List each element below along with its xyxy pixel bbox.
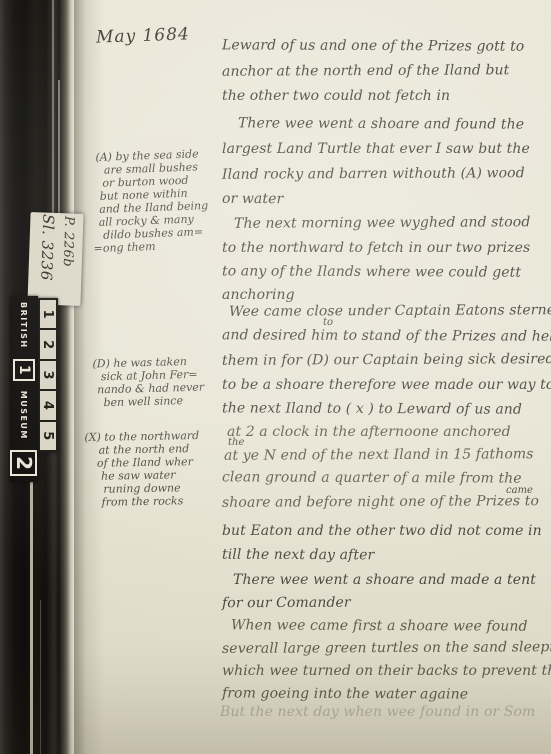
ruler-mark-1: 1 xyxy=(40,300,56,330)
body-line: the next Iland to ( x ) to Leward of us … xyxy=(222,400,522,417)
bm-number-2: 2 xyxy=(11,450,38,476)
body-line: to the northward to fetch in our two pri… xyxy=(222,240,530,256)
body-line: till the next day after xyxy=(222,547,374,564)
body-line: shoare and before night one of the Prize… xyxy=(222,493,539,511)
spine-highlight-streak xyxy=(30,452,33,754)
body-line: and desired him to stand of the Prizes a… xyxy=(222,327,551,344)
spine-highlight-streak xyxy=(58,80,60,230)
british-museum-strip: BRITISH 1 MUSEUM 2 xyxy=(10,296,38,482)
margin-note-a: (A) by the sea side are small bushes or … xyxy=(95,147,209,255)
margin-note-x: (X) to the northward at the north end of… xyxy=(84,429,200,509)
body-line: anchor at the north end of the Iland but xyxy=(222,62,509,80)
body-line: There wee went a shoare and made a tent xyxy=(233,572,536,588)
body-line: largest Land Turtle that ever I saw but … xyxy=(222,141,530,157)
ruler-mark-2: 2 xyxy=(40,330,56,360)
body-line: them in for (D) our Captain being sick d… xyxy=(222,351,551,369)
ruler-mark-3: 3 xyxy=(40,361,56,391)
body-line: the other two could not fetch in xyxy=(222,88,450,104)
body-line: severall large green turtles on the sand… xyxy=(222,639,551,657)
body-line: The next morning wee wyghed and stood xyxy=(234,214,530,232)
ruler-mark-5: 5 xyxy=(40,422,56,450)
interline-insertion: came xyxy=(506,485,533,496)
bm-number-1: 1 xyxy=(13,359,35,381)
interline-insertion: to xyxy=(323,317,333,328)
body-line: Leward of us and one of the Prizes gott … xyxy=(222,37,524,54)
body-line: to any of the Ilands where wee could get… xyxy=(222,263,521,280)
ruler-mark-4: 4 xyxy=(40,391,56,421)
spine-highlight-streak xyxy=(40,600,41,754)
shelfmark-text: Sl. 3236 xyxy=(35,214,58,299)
body-line: clean ground a quarter of a mile from th… xyxy=(222,469,522,486)
body-line: at 2 a clock in the afternoone anchored xyxy=(227,424,511,440)
date-heading: May 1684 xyxy=(96,24,190,47)
body-line: Wee came close under Captain Eatons ster… xyxy=(229,302,551,320)
scale-ruler: 1 2 3 4 5 xyxy=(38,298,58,452)
bm-word-british: BRITISH xyxy=(20,302,29,349)
body-line: but Eaton and the other two did not come… xyxy=(222,523,542,539)
margin-note-line: ben well since xyxy=(103,394,204,410)
body-line: from goeing into the water againe xyxy=(222,685,468,702)
body-line: But the next day when wee found in or So… xyxy=(220,704,535,720)
pressmark-text: P. 226b xyxy=(58,216,77,299)
body-line: or water xyxy=(222,191,283,207)
margin-note-line: of the Iland wher xyxy=(97,455,200,470)
body-line: to be a shoare therefore wee made our wa… xyxy=(222,377,551,393)
margin-note-line: from the rocks xyxy=(101,494,200,509)
bm-word-museum: MUSEUM xyxy=(20,391,29,440)
body-line: anchoring xyxy=(222,287,295,303)
margin-note-d: (D) he was taken sick at John Fer= nando… xyxy=(92,355,204,410)
body-line: for our Comander xyxy=(222,595,351,612)
body-line: at ye N end of the next Iland in 15 fath… xyxy=(224,446,534,464)
margin-note-line: =ong them xyxy=(93,238,209,255)
body-line: There wee went a shoare and found the xyxy=(238,115,524,132)
body-line: When wee came first a shoare wee found xyxy=(231,617,528,634)
body-line: which wee turned on their backs to preve… xyxy=(222,663,551,679)
spine-highlight-streak xyxy=(52,0,54,215)
interline-insertion: the xyxy=(228,437,244,448)
manuscript-photo: Sl. 3236 P. 226b BRITISH 1 MUSEUM 2 1 2 … xyxy=(0,0,551,754)
body-line: Iland rocky and barren withouth (A) wood xyxy=(222,165,525,183)
